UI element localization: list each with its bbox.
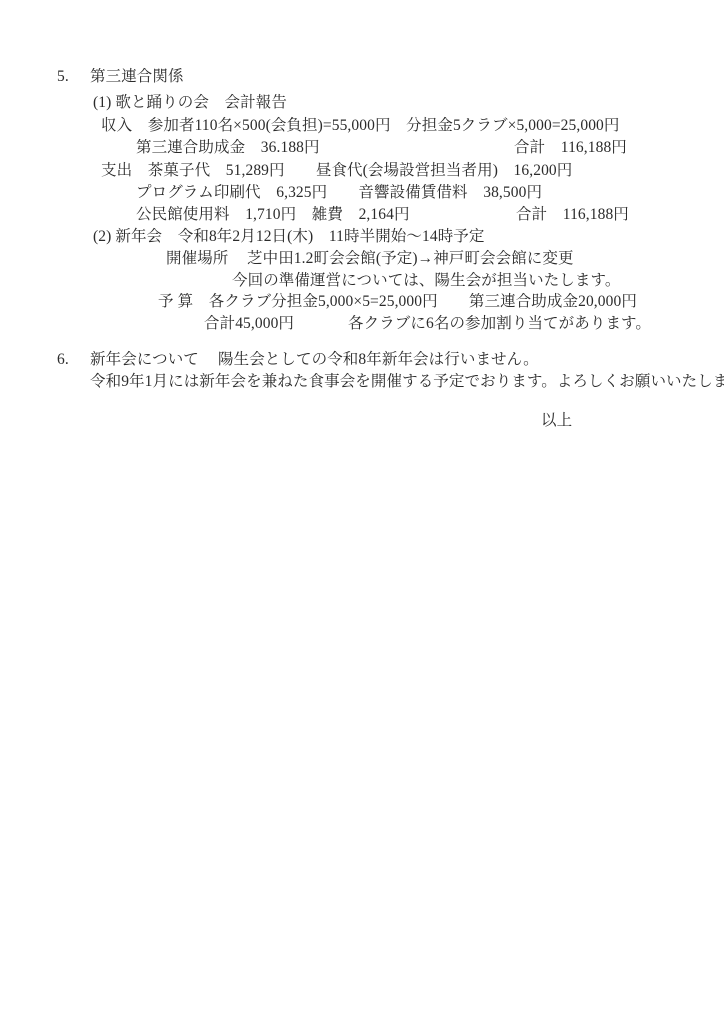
section6-number: 6.	[57, 351, 69, 369]
venue-value: 芝中田1.2町会会館(予定)→神戸町会会館に変更	[247, 250, 574, 268]
income-total: 合計 116,188円	[514, 139, 627, 157]
expense-line-3: 公民館使用料 1,710円 雑費 2,164円	[136, 206, 410, 224]
allocation-note: 各クラブに6名の参加割り当てがあります。	[348, 315, 651, 333]
venue-label: 開催場所	[166, 250, 228, 268]
expense-line-2: プログラム印刷代 6,325円 音響設備賃借料 38,500円	[136, 184, 542, 202]
income-line: 収入 参加者110名×500(会負担)=55,000円 分担金5クラブ×5,00…	[101, 117, 620, 135]
closing-text: 以上	[541, 412, 572, 430]
item1-heading: (1) 歌と踊りの会 会計報告	[93, 94, 287, 112]
item2-heading: (2) 新年会 令和8年2月12日(木) 11時半開始～14時予定	[93, 228, 485, 246]
document-page: 5. 第三連合関係 (1) 歌と踊りの会 会計報告 収入 参加者110名×500…	[0, 0, 724, 1024]
budget-total: 合計45,000円	[204, 315, 294, 333]
section5-number: 5.	[57, 68, 69, 86]
expense-total: 合計 116,188円	[516, 206, 629, 224]
section6-title: 新年会について	[90, 351, 199, 369]
section5-title: 第三連合関係	[90, 68, 184, 86]
section6-detail: 令和9年1月には新年会を兼ねた食事会を開催する予定でおります。よろしくお願いいた…	[90, 373, 724, 391]
budget-line: 予 算 各クラブ分担金5,000×5=25,000円 第三連合助成金20,000…	[158, 293, 637, 311]
subsidy-line: 第三連合助成金 36.188円	[136, 139, 320, 157]
section6-statement: 陽生会としての令和8年新年会は行いません。	[218, 351, 539, 369]
venue-note: 今回の準備運営については、陽生会が担当いたします。	[232, 272, 620, 290]
expense-line-1: 支出 茶菓子代 51,289円 昼食代(会場設営担当者用) 16,200円	[101, 162, 572, 180]
